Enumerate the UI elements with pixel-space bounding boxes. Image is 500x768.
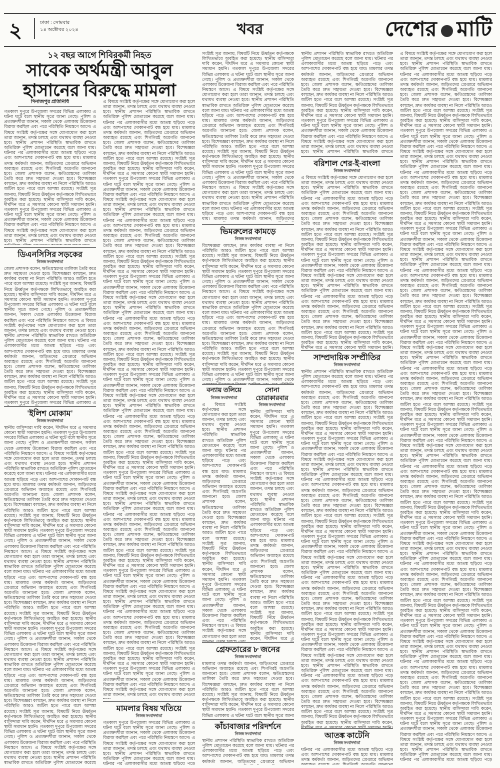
- story-byline: নিজস্ব সংবাদদাতা: [301, 169, 393, 174]
- story-body: গতকাল দুপুরে উপজেলা সদরের বিভিন্ন এলাকায…: [103, 720, 195, 765]
- story-byline: নিজস্ব সংবাদদাতা: [301, 741, 393, 746]
- story-byline: নিজস্ব সংবাদদাতা: [4, 260, 96, 265]
- story-barishal: বরিশাল শের-ই-বাংলা নিজস্ব সংবাদদাতা এ বি…: [301, 156, 393, 351]
- story-atongko: আতঙ্ক কাটেনি নিজস্ব সংবাদদাতা ঘটনার পর এ…: [301, 728, 393, 765]
- story-kacha: কাঁচাবাজার পরিদর্শনে নিজস্ব সংবাদদাতা স্…: [202, 719, 294, 765]
- story-body: স্থানীয় বাসিন্দারা দাবি করেন, দীর্ঘদিন …: [4, 425, 96, 765]
- story-bhimrul: ভিমরুলের কামড়ে নিজস্ব সংবাদদাতা বিশেষজ্…: [202, 224, 294, 385]
- lead-byline: দিনাজপুর প্রতিনিধি: [18, 99, 82, 107]
- story-body: এ বিষয়ে সংশ্লিষ্ট কর্তৃপক্ষের সঙ্গে যোগ…: [202, 402, 246, 644]
- story-body: জেলা প্রশাসক বলেন, ক্ষতিগ্রস্তদের তালিকা…: [4, 266, 96, 407]
- story-greftar: গ্রেফতারের ৮ জনের নিজস্ব সংবাদদাতা মামলা…: [202, 642, 294, 720]
- story-byline: নিজস্ব সংবাদদাতা: [4, 419, 96, 424]
- story-headline: গ্রেফতারের ৮ জনের: [202, 645, 294, 654]
- story-body: সংশ্লিষ্ট সূত্র জানায়, বিষয়টি নিয়ে ঊর…: [202, 51, 294, 222]
- masthead: দেশের মাটি: [385, 13, 492, 48]
- story-headline: ভিমরুলের কামড়ে: [202, 227, 294, 236]
- story-headline: কাঁচাবাজার পরিদর্শনে: [202, 722, 294, 731]
- story-headline: মামলার বিষয় খতিয়ে: [103, 704, 195, 713]
- story-ilish: 'ইলিশ মোকাম' নিজস্ব সংবাদদাতা স্থানীয় ব…: [4, 406, 96, 765]
- lead-kicker: ১২ বছর আগে শিবিরকর্মী নিহত: [4, 50, 195, 60]
- story-body: মামলার তদন্ত কর্মকর্তা জানান, জড়িতদের গ…: [202, 661, 294, 720]
- story-body: এ বিষয়ে সংশ্লিষ্ট কর্তৃপক্ষের সঙ্গে যোগ…: [301, 175, 393, 351]
- lead-story-head: ১২ বছর আগে শিবিরকর্মী নিহত সাবেক অর্থমন্…: [4, 50, 195, 101]
- story-byline: নিজস্ব সংবাদদাতা: [103, 714, 195, 719]
- story-sona: সোনা চোরাকারবার নিজস্ব সংবাদদাতা স্থানীয…: [250, 384, 294, 643]
- lead-story-col1: দিনাজপুর প্রতিনিধি গতকাল দুপুরে উপজেলা স…: [4, 99, 96, 245]
- story-headline: ডিএনসিসির সড়কের: [4, 250, 96, 259]
- story-headline: বন্যায় তলিয়ে: [202, 387, 246, 395]
- story-bonna: বন্যায় তলিয়ে নিজস্ব সংবাদদাতা এ বিষয়ে…: [202, 384, 246, 643]
- page-number: ২: [9, 16, 22, 49]
- column5-body: এ বিষয়ে সংশ্লিষ্ট কর্তৃপক্ষের সঙ্গে যোগ…: [400, 51, 492, 762]
- story-headline: আতঙ্ক কাটেনি: [301, 731, 393, 740]
- story-byline: নিজস্ব সংবাদদাতা: [250, 403, 294, 408]
- story-headline: সোনা চোরাকারবার: [250, 387, 294, 402]
- story-body: স্থানীয় প্রশাসন পরিস্থিতি স্বাভাবিক রাখ…: [301, 369, 393, 729]
- lead-story-col2: এ বিষয়ে সংশ্লিষ্ট কর্তৃপক্ষের সঙ্গে যোগ…: [103, 99, 195, 699]
- story-mamla: মামলার বিষয় খতিয়ে নিজস্ব সংবাদদাতা গতক…: [103, 701, 195, 765]
- story-body: এ বিষয়ে সংশ্লিষ্ট কর্তৃপক্ষের সঙ্গে যোগ…: [103, 99, 195, 699]
- story-samprodaik: সাম্প্রদায়িক সম্প্রীতির নিজস্ব সংবাদদাত…: [301, 350, 393, 729]
- section-title: খবর: [190, 18, 310, 43]
- masthead-word-left: দেশের: [385, 13, 437, 48]
- story-body: এ বিষয়ে সংশ্লিষ্ট কর্তৃপক্ষের সঙ্গে যোগ…: [400, 51, 492, 762]
- dateline-city-day: ঢাকা : সোমবার: [40, 20, 78, 27]
- story-byline: নিজস্ব সংবাদদাতা: [202, 732, 294, 737]
- story-headline: বরিশাল শের-ই-বাংলা: [301, 159, 393, 168]
- story-headline: 'ইলিশ মোকাম': [4, 409, 96, 418]
- story-body: বিশেষজ্ঞরা বলছেন, দ্রুত কার্যকর ব্যবস্থা…: [202, 243, 294, 385]
- dateline-date: ১৪ অক্টোবর ২০২৪: [40, 27, 78, 34]
- dateline: ঢাকা : সোমবার ১৪ অক্টোবর ২০২৪: [40, 20, 78, 34]
- story-byline: নিজস্ব সংবাদদাতা: [301, 363, 393, 368]
- column3-top-body: সংশ্লিষ্ট সূত্র জানায়, বিষয়টি নিয়ে ঊর…: [202, 51, 294, 222]
- story-body: গতকাল দুপুরে উপজেলা সদরের বিভিন্ন এলাকায…: [4, 109, 96, 245]
- story-byline: নিজস্ব সংবাদদাতা: [202, 655, 294, 660]
- story-dncc: ডিএনসিসির সড়কের নিজস্ব সংবাদদাতা জেলা প…: [4, 247, 96, 407]
- masthead-dot-icon: [441, 25, 453, 37]
- story-headline: সাম্প্রদায়িক সম্প্রীতির: [301, 353, 393, 362]
- newspaper-page: ২ ঢাকা : সোমবার ১৪ অক্টোবর ২০২৪ খবর দেশে…: [0, 0, 500, 768]
- story-body: স্থানীয় বাসিন্দারা দাবি করেন, দীর্ঘদিন …: [250, 409, 294, 643]
- lead-headline: সাবেক অর্থমন্ত্রী আবুল হাসানের বিরুদ্ধে …: [4, 61, 195, 101]
- header-divider: [34, 18, 35, 39]
- masthead-word-right: মাটি: [457, 13, 492, 48]
- story-byline: নিজস্ব সংবাদদাতা: [202, 237, 294, 242]
- story-byline: নিজস্ব সংবাদদাতা: [202, 396, 246, 401]
- story-body: স্থানীয় প্রশাসন পরিস্থিতি স্বাভাবিক রাখ…: [301, 51, 393, 154]
- story-body: স্থানীয় প্রশাসন পরিস্থিতি স্বাভাবিক রাখ…: [202, 738, 294, 765]
- story-body: ঘটনার পর এলাকাবাসীর মধ্যে আতঙ্ক ছড়িয়ে …: [301, 747, 393, 765]
- column4-top-body: স্থানীয় প্রশাসন পরিস্থিতি স্বাভাবিক রাখ…: [301, 51, 393, 154]
